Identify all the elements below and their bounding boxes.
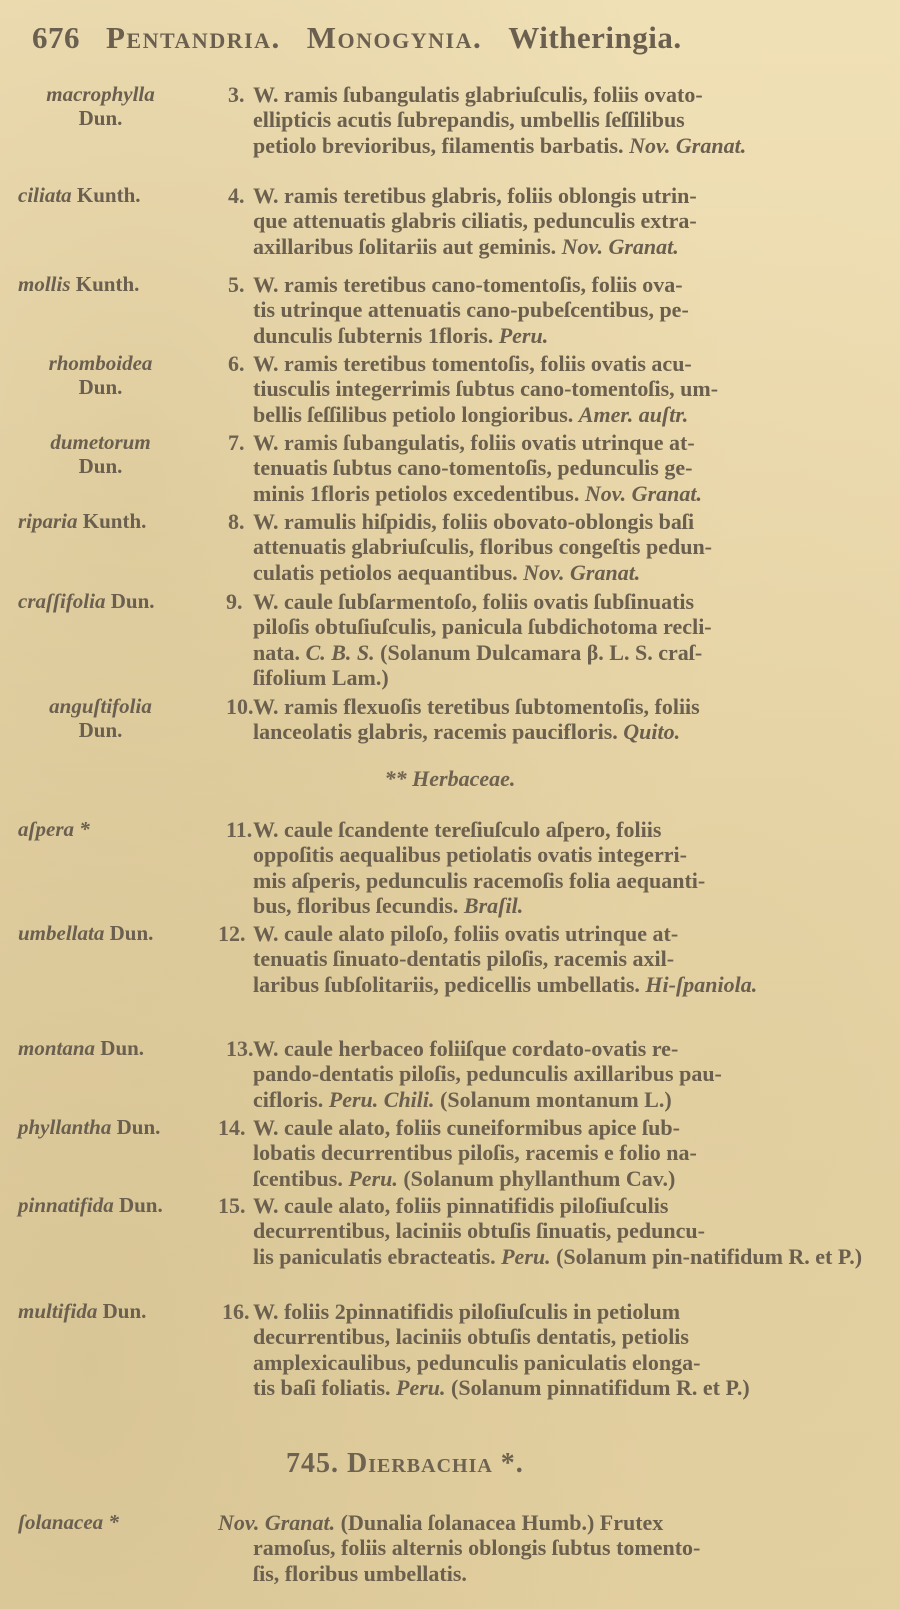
- species-author: Dun.: [110, 921, 154, 945]
- species-name: umbellata Dun.: [18, 921, 223, 945]
- desc-line: W. ramis flexuoſis teretibus ſubtomentoſ…: [253, 694, 881, 719]
- synonym-note: (Solanum phyllanthum Cav.): [403, 1166, 675, 1191]
- header-genus: Witheringia.: [508, 20, 681, 56]
- desc-line: mis aſperis, pedunculis racemoſis folia …: [253, 868, 881, 893]
- desc-line: tenuatis ſinuato-dentatis piloſis, racem…: [253, 946, 881, 971]
- locality: Hi-ſpaniola.: [645, 972, 757, 997]
- desc-line: que attenuatis glabris ciliatis, peduncu…: [253, 208, 881, 233]
- entry-number: 7.: [228, 430, 245, 455]
- species-epithet: phyllantha: [18, 1115, 111, 1139]
- species-name: anguſtifolia Dun.: [18, 694, 183, 742]
- genus-heading: 745. Dierbachia *.: [286, 1448, 524, 1480]
- locality: Peru.: [348, 1166, 398, 1191]
- entry-number: 8.: [228, 509, 245, 534]
- entry-description: W. caule herbaceo foliiſque cordato-ovat…: [253, 1036, 881, 1112]
- entry-description: W. ramis flexuoſis teretibus ſubtomentoſ…: [253, 694, 881, 745]
- page-number: 676: [32, 20, 80, 56]
- desc-line: bellis ſeſſilibus petiolo longioribus. A…: [253, 402, 881, 427]
- entry-description: W. ramulis hiſpidis, foliis obovato-oblo…: [253, 509, 881, 585]
- species-name: montana Dun.: [18, 1036, 223, 1060]
- locality: Quito.: [623, 719, 680, 744]
- desc-line: W. ramis ſubangulatis glabriuſculis, fol…: [253, 82, 881, 107]
- synonym-note: (Solanum pin-natifidum R. et P.): [556, 1244, 862, 1269]
- desc-line: Nov. Granat. (Dunalia ſolanacea Humb.) F…: [218, 1510, 880, 1535]
- desc-line: amplexicaulibus, pedunculis paniculatis …: [253, 1350, 881, 1375]
- running-header: 676 Pentandria. Monogynia. Witheringia.: [32, 20, 882, 56]
- desc-line: pando-dentatis piloſis, pedunculis axill…: [253, 1061, 881, 1086]
- entry-description: W. caule alato, foliis cuneiformibus api…: [253, 1115, 881, 1191]
- genus-number: 745.: [286, 1448, 339, 1479]
- locality: Peru.: [501, 1244, 551, 1269]
- desc-line: decurrentibus, laciniis obtuſis ſinuatis…: [253, 1218, 881, 1243]
- species-epithet: rhomboidea: [49, 351, 153, 375]
- species-author: Dun.: [79, 454, 123, 478]
- locality: Peru.: [499, 323, 549, 348]
- entry-description: W. ramis teretibus tomentoſis, foliis ov…: [253, 351, 881, 427]
- desc-line: lanceolatis glabris, racemis paucifloris…: [253, 719, 881, 744]
- desc-line: oppoſitis aequalibus petiolatis ovatis i…: [253, 842, 881, 867]
- desc-line: W. ramis teretibus cano-tomentoſis, foli…: [253, 272, 881, 297]
- species-epithet: multifida: [18, 1299, 97, 1323]
- species-author: Dun.: [79, 718, 123, 742]
- desc-line: minis 1floris petiolos excedentibus. Nov…: [253, 481, 881, 506]
- species-epithet: ciliata: [18, 183, 72, 207]
- species-epithet: macrophylla: [46, 82, 155, 106]
- entry-number: 9.: [226, 589, 243, 614]
- locality: Peru.: [396, 1375, 446, 1400]
- desc-line: W. caule ſcandente tereſiuſculo aſpero, …: [253, 817, 881, 842]
- entry-description: W. caule ſcandente tereſiuſculo aſpero, …: [253, 817, 881, 919]
- desc-line: ellipticis acutis ſubrepandis, umbellis …: [253, 107, 881, 132]
- desc-line: tis utrinque attenuatis cano-pubeſcentib…: [253, 297, 881, 322]
- desc-line: lis paniculatis ebracteatis. Peru. (Sola…: [253, 1244, 881, 1269]
- entry-number: 3.: [228, 82, 245, 107]
- desc-line: W. caule alato, foliis cuneiformibus api…: [253, 1115, 881, 1140]
- entry-number: 16.: [222, 1299, 250, 1324]
- species-name: rhomboidea Dun.: [18, 351, 183, 399]
- desc-line: laribus ſubſolitariis, pedicellis umbell…: [253, 972, 881, 997]
- desc-line: W. ramis teretibus glabris, foliis oblon…: [253, 183, 881, 208]
- species-author: Dun.: [111, 589, 155, 613]
- species-author: Dun.: [79, 106, 123, 130]
- species-name: ciliata Kunth.: [18, 183, 223, 207]
- entry-description: W. foliis 2pinnatifidis piloſiuſculis in…: [253, 1299, 881, 1401]
- locality: Peru. Chili.: [329, 1087, 435, 1112]
- synonym-note: (Solanum pinnatifidum R. et P.): [451, 1375, 750, 1400]
- species-epithet: umbellata: [18, 921, 104, 945]
- desc-line: ſifolium Lam.): [253, 665, 881, 690]
- desc-line: W. foliis 2pinnatifidis piloſiuſculis in…: [253, 1299, 881, 1324]
- species-epithet: montana: [18, 1036, 95, 1060]
- desc-line: bus, floribus ſecundis. Braſil.: [253, 893, 881, 918]
- species-author: Kunth.: [83, 509, 147, 533]
- header-class: Pentandria.: [106, 20, 281, 56]
- entry-description: W. ramis teretibus glabris, foliis oblon…: [253, 183, 881, 259]
- species-epithet: ſolanacea *: [18, 1510, 119, 1534]
- entry-description: W. ramis ſubangulatis glabriuſculis, fol…: [253, 82, 881, 158]
- desc-line: ramoſus, foliis alternis oblongis ſubtus…: [218, 1535, 880, 1560]
- desc-line: cifloris. Peru. Chili. (Solanum montanum…: [253, 1087, 881, 1112]
- species-author: Kunth.: [77, 183, 141, 207]
- entry-number: 6.: [228, 351, 245, 376]
- species-epithet: riparia: [18, 509, 78, 533]
- desc-line: piloſis obtuſiuſculis, panicula ſubdicho…: [253, 614, 881, 639]
- species-name: pinnatifida Dun.: [18, 1193, 223, 1217]
- locality: C. B. S.: [306, 640, 375, 665]
- genus-name: Dierbachia *.: [347, 1448, 524, 1479]
- entry-number: 14.: [218, 1115, 246, 1140]
- species-name: dumetorum Dun.: [18, 430, 183, 478]
- desc-line: attenuatis glabriuſculis, floribus conge…: [253, 534, 881, 559]
- species-name: riparia Kunth.: [18, 509, 223, 533]
- species-epithet: aſpera *: [18, 817, 90, 841]
- species-epithet: anguſtifolia: [49, 694, 152, 718]
- locality: Braſil.: [464, 893, 523, 918]
- species-name: ſolanacea *: [18, 1510, 223, 1534]
- species-name: macrophylla Dun.: [18, 82, 183, 130]
- desc-line: W. caule alato piloſo, foliis ovatis utr…: [253, 921, 881, 946]
- section-subheading: ** Herbaceae.: [0, 766, 900, 792]
- entry-description: W. ramis teretibus cano-tomentoſis, foli…: [253, 272, 881, 348]
- desc-line: W. ramulis hiſpidis, foliis obovato-oblo…: [253, 509, 881, 534]
- species-name: mollis Kunth.: [18, 272, 223, 296]
- entry-description: W. caule alato, foliis pinnatifidis pilo…: [253, 1193, 881, 1269]
- locality: Amer. auſtr.: [579, 402, 688, 427]
- species-name: aſpera *: [18, 817, 223, 841]
- locality: Nov. Granat.: [629, 133, 746, 158]
- desc-line: tenuatis ſubtus cano-tomentoſis, peduncu…: [253, 455, 881, 480]
- desc-line: dunculis ſubternis 1floris. Peru.: [253, 323, 881, 348]
- desc-line: tis baſi foliatis. Peru. (Solanum pinnat…: [253, 1375, 881, 1400]
- species-author: Dun.: [100, 1036, 144, 1060]
- desc-line: petiolo brevioribus, filamentis barbatis…: [253, 133, 881, 158]
- species-author: Dun.: [79, 375, 123, 399]
- entry-number: 12.: [218, 921, 246, 946]
- desc-line: culatis petiolos aequantibus. Nov. Grana…: [253, 560, 881, 585]
- desc-line: axillaribus ſolitariis aut geminis. Nov.…: [253, 234, 881, 259]
- species-name: phyllantha Dun.: [18, 1115, 223, 1139]
- entry-description: W. caule alato piloſo, foliis ovatis utr…: [253, 921, 881, 997]
- entry-number: 13.: [226, 1036, 254, 1061]
- entry-description: Nov. Granat. (Dunalia ſolanacea Humb.) F…: [218, 1510, 880, 1586]
- entry-number: 4.: [228, 183, 245, 208]
- species-epithet: mollis: [18, 272, 71, 296]
- species-epithet: pinnatifida: [18, 1193, 114, 1217]
- desc-line: W. ramis teretibus tomentoſis, foliis ov…: [253, 351, 881, 376]
- locality: Nov. Granat.: [562, 234, 679, 259]
- book-page: 676 Pentandria. Monogynia. Witheringia. …: [0, 0, 900, 1609]
- desc-line: tiusculis integerrimis ſubtus cano-tomen…: [253, 376, 881, 401]
- desc-line: decurrentibus, laciniis obtuſis dentatis…: [253, 1324, 881, 1349]
- desc-line: ſcentibus. Peru. (Solanum phyllanthum Ca…: [253, 1166, 881, 1191]
- desc-line: ſis, floribus umbellatis.: [218, 1561, 880, 1586]
- entry-description: W. ramis ſubangulatis, foliis ovatis utr…: [253, 430, 881, 506]
- species-author: Dun.: [119, 1193, 163, 1217]
- desc-line: W. caule alato, foliis pinnatifidis pilo…: [253, 1193, 881, 1218]
- desc-line: W. ramis ſubangulatis, foliis ovatis utr…: [253, 430, 881, 455]
- header-order: Monogynia.: [307, 20, 482, 56]
- synonym-note: (Solanum montanum L.): [440, 1087, 672, 1112]
- entry-number: 11.: [226, 817, 252, 842]
- locality: Nov. Granat.: [585, 481, 702, 506]
- entry-number: 15.: [218, 1193, 246, 1218]
- species-name: craſſifolia Dun.: [18, 589, 223, 613]
- species-epithet: craſſifolia: [18, 589, 105, 613]
- entry-description: W. caule ſubſarmentoſo, foliis ovatis ſu…: [253, 589, 881, 691]
- locality: Nov. Granat.: [218, 1510, 335, 1535]
- desc-line: lobatis decurrentibus piloſis, racemis e…: [253, 1140, 881, 1165]
- species-epithet: dumetorum: [50, 430, 150, 454]
- species-author: Dun.: [117, 1115, 161, 1139]
- species-name: multifida Dun.: [18, 1299, 223, 1323]
- entry-number: 10.: [226, 694, 254, 719]
- desc-line: W. caule ſubſarmentoſo, foliis ovatis ſu…: [253, 589, 881, 614]
- desc-line: W. caule herbaceo foliiſque cordato-ovat…: [253, 1036, 881, 1061]
- synonym-note: (Solanum Dulcamara β. L. S. craſ-: [380, 640, 702, 665]
- species-author: Dun.: [103, 1299, 147, 1323]
- locality: Nov. Granat.: [523, 560, 640, 585]
- species-author: Kunth.: [76, 272, 140, 296]
- entry-number: 5.: [228, 272, 245, 297]
- desc-line: nata. C. B. S. (Solanum Dulcamara β. L. …: [253, 640, 881, 665]
